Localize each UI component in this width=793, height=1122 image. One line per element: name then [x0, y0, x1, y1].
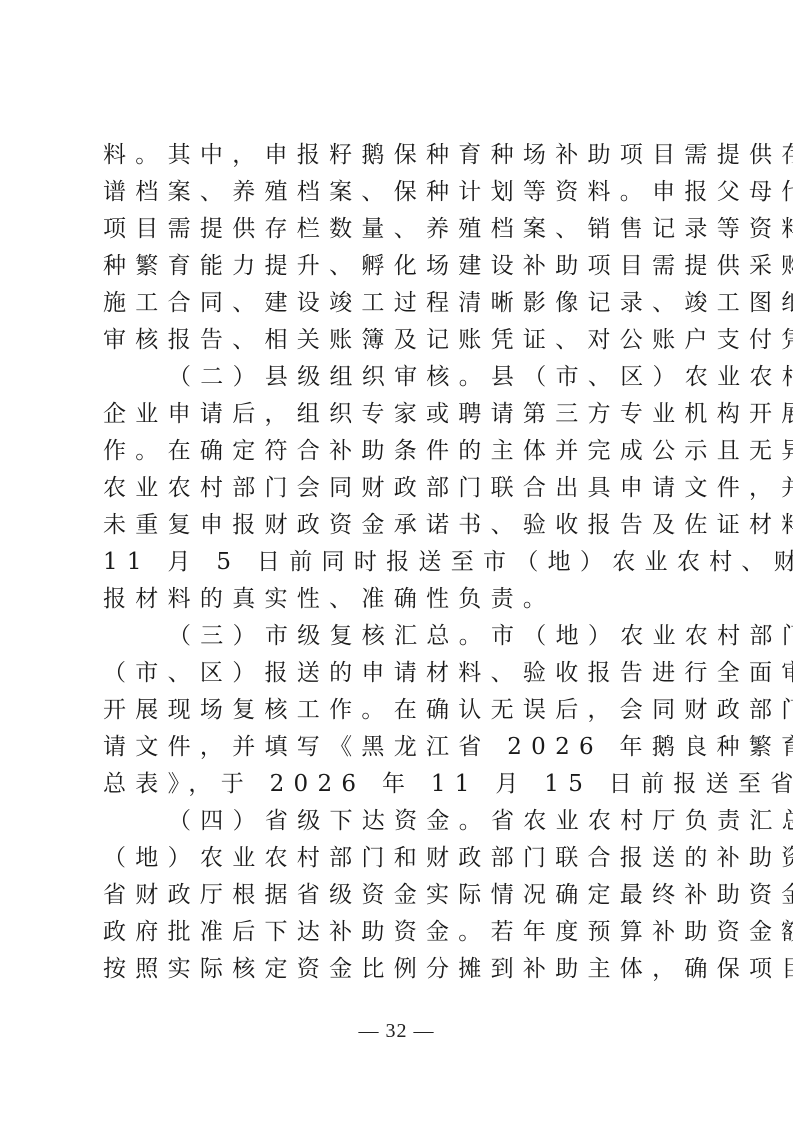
page-number: — 32 — [0, 1020, 793, 1043]
text-line: 农业农村部门会同财政部门联合出具申请文件，并附申报单位 [103, 470, 693, 507]
paragraph-county-review: （二）县级组织审核。县（市、区）农业农村部门在接到 企业申请后，组织专家或聘请第… [103, 359, 693, 618]
text-line: 审核报告、相关账簿及记账凭证、对公账户支付凭证等资料。 [103, 322, 693, 359]
text-line: 政府批准后下达补助资金。若年度预算补助资金额度不足，则 [103, 914, 693, 951]
text-line: 省财政厅根据省级资金实际情况确定最终补助资金额度，报省 [103, 877, 693, 914]
text-line: 作。在确定符合补助条件的主体并完成公示且无异议后，县级 [103, 433, 693, 470]
text-line: 谱档案、养殖档案、保种计划等资料。申报父母代种鹅场补助 [103, 174, 693, 211]
text-line: 开展现场复核工作。在确认无误后，会同财政部门联合出具申 [103, 692, 693, 729]
section-heading-line: （二）县级组织审核。县（市、区）农业农村部门在接到 [103, 359, 693, 396]
document-page: 料。其中，申报籽鹅保种育种场补助项目需提供存栏数量、系 谱档案、养殖档案、保种计… [103, 137, 693, 988]
text-line: 施工合同、建设竣工过程清晰影像记录、竣工图纸、工程结算 [103, 285, 693, 322]
paragraph-province-funds: （四）省级下达资金。省农业农村厅负责汇总并核定各市 （地）农业农村部门和财政部门… [103, 803, 693, 988]
text-line: 总表》，于 2026 年 11 月 15 日前报送至省农业农村厅。 [103, 766, 693, 803]
section-heading-line: （三）市级复核汇总。市（地）农业农村部门负责对县 [103, 618, 693, 655]
text-line: （市、区）报送的申请材料、验收报告进行全面审核，必要时 [103, 655, 693, 692]
text-line: 11 月 5 日前同时报送至市（地）农业农村、财政部门，并对上 [103, 544, 693, 581]
text-line: 按照实际核定资金比例分摊到补助主体，确保项目顺利实施。 [103, 951, 693, 988]
text-line: 种繁育能力提升、孵化场建设补助项目需提供采购合同、建设 [103, 248, 693, 285]
text-line: 项目需提供存栏数量、养殖档案、销售记录等资料。申报鹅良 [103, 211, 693, 248]
paragraph-city-review: （三）市级复核汇总。市（地）农业农村部门负责对县 （市、区）报送的申请材料、验收… [103, 618, 693, 803]
text-line: 企业申请后，组织专家或聘请第三方专业机构开展项目验收工 [103, 396, 693, 433]
text-line: （地）农业农村部门和财政部门联合报送的补助资金额度，会同 [103, 840, 693, 877]
paragraph-materials: 料。其中，申报籽鹅保种育种场补助项目需提供存栏数量、系 谱档案、养殖档案、保种计… [103, 137, 693, 359]
text-line: 未重复申报财政资金承诺书、验收报告及佐证材料，于 2026 年 [103, 507, 693, 544]
text-line: 料。其中，申报籽鹅保种育种场补助项目需提供存栏数量、系 [103, 137, 693, 174]
text-line: 请文件，并填写《黑龙江省 2026 年鹅良种繁育体系项目资金汇 [103, 729, 693, 766]
section-heading-line: （四）省级下达资金。省农业农村厅负责汇总并核定各市 [103, 803, 693, 840]
text-line: 报材料的真实性、准确性负责。 [103, 581, 693, 618]
